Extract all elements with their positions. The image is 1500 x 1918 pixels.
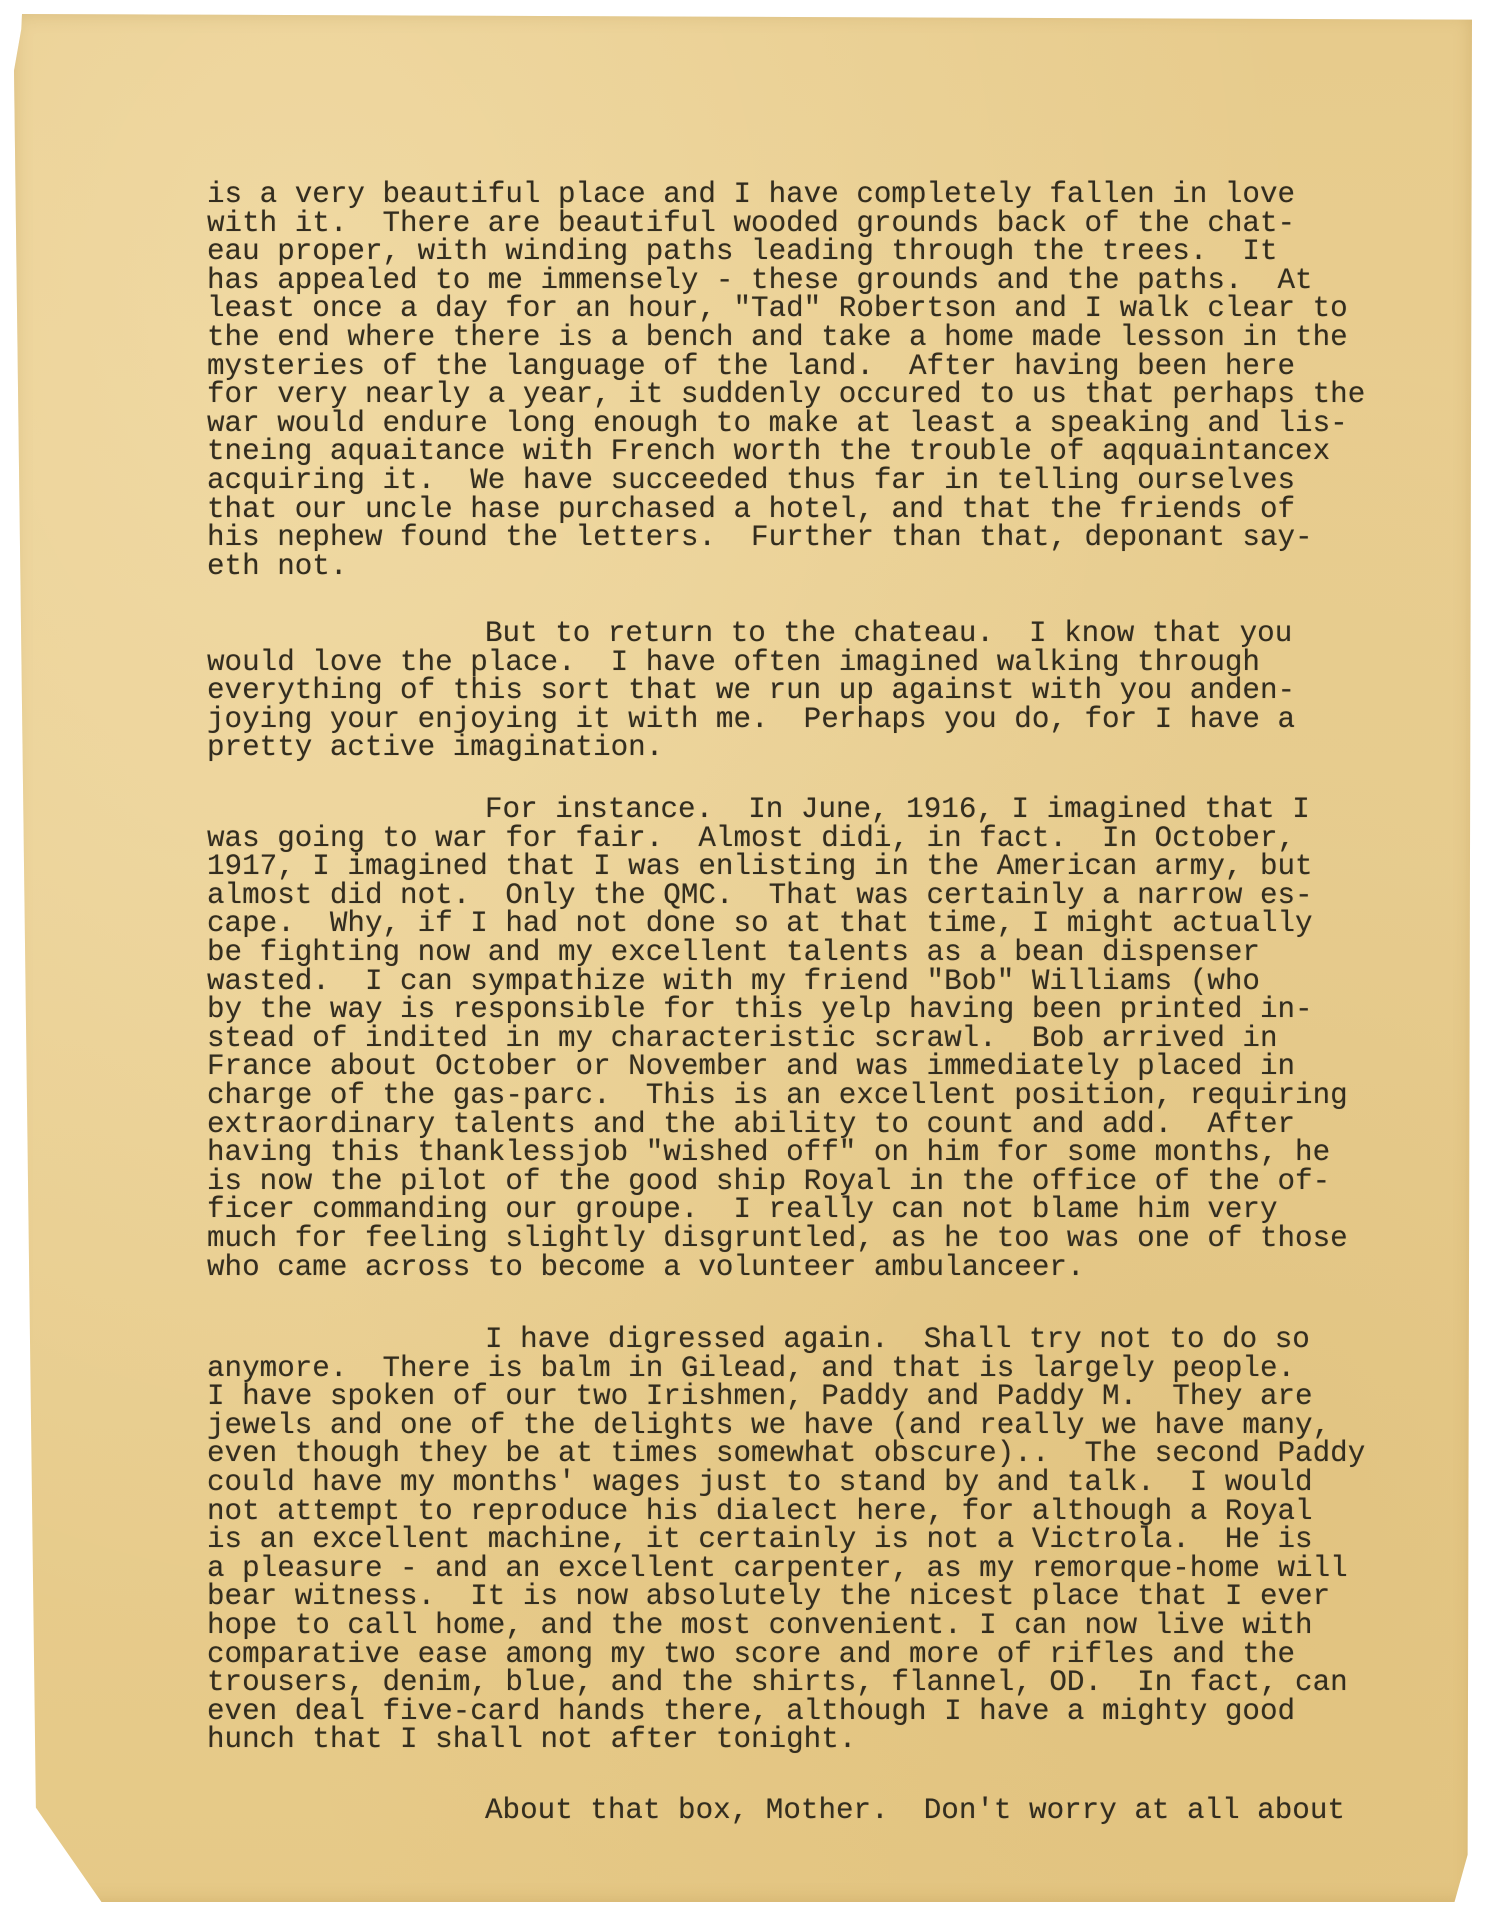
text-line: not attempt to reproduce his dialect her… xyxy=(207,1497,1313,1527)
text-line: his nephew found the letters. Further th… xyxy=(207,523,1313,553)
text-line: anymore. There is balm in Gilead, and th… xyxy=(207,1354,1295,1384)
text-line: pretty active imagination. xyxy=(207,733,663,763)
text-line: even though they be at times somewhat ob… xyxy=(207,1439,1365,1469)
text-line: least once a day for an hour, "Tad" Robe… xyxy=(207,294,1348,324)
text-line: eth not. xyxy=(207,552,347,582)
text-line: everything of this sort that we run up a… xyxy=(207,676,1295,706)
text-line: could have my months' wages just to stan… xyxy=(207,1468,1313,1498)
text-line: bear witness. It is now absolutely the n… xyxy=(207,1582,1330,1612)
text-line: jewels and one of the delights we have (… xyxy=(207,1411,1330,1441)
text-line: would love the place. I have often imagi… xyxy=(207,648,1260,678)
text-line: having this thanklessjob "wished off" on… xyxy=(207,1138,1330,1168)
text-line: But to return to the chateau. I know tha… xyxy=(485,619,1292,649)
text-line: a pleasure - and an excellent carpenter,… xyxy=(207,1554,1348,1584)
text-line: eau proper, with winding paths leading t… xyxy=(207,237,1278,267)
text-line: I have spoken of our two Irishmen, Paddy… xyxy=(207,1382,1313,1412)
text-line: be fighting now and my excellent talents… xyxy=(207,938,1260,968)
text-line: I have digressed again. Shall try not to… xyxy=(485,1325,1310,1355)
text-line: wasted. I can sympathize with my friend … xyxy=(207,967,1260,997)
text-line: mysteries of the language of the land. A… xyxy=(207,352,1295,382)
text-line: for very nearly a year, it suddenly occu… xyxy=(207,380,1365,410)
text-line: 1917, I imagined that I was enlisting in… xyxy=(207,852,1313,882)
text-line: who came across to become a volunteer am… xyxy=(207,1253,1084,1283)
text-line: with it. There are beautiful wooded grou… xyxy=(207,209,1295,239)
text-line: almost did not. Only the QMC. That was c… xyxy=(207,881,1313,911)
text-line: acquiring it. We have succeeded thus far… xyxy=(207,466,1295,496)
text-line: For instance. In June, 1916, I imagined … xyxy=(485,795,1310,825)
text-line: was going to war for fair. Almost didi, … xyxy=(207,824,1295,854)
text-line: hope to call home, and the most convenie… xyxy=(207,1611,1313,1641)
text-line: trousers, denim, blue, and the shirts, f… xyxy=(207,1668,1348,1698)
text-line: has appealed to me immensely - these gro… xyxy=(207,266,1313,296)
text-line: is an excellent machine, it certainly is… xyxy=(207,1525,1313,1555)
text-line: cape. Why, if I had not done so at that … xyxy=(207,909,1313,939)
text-line: ficer commanding our groupe. I really ca… xyxy=(207,1195,1278,1225)
text-line: charge of the gas-parc. This is an excel… xyxy=(207,1081,1348,1111)
text-line: France about October or November and was… xyxy=(207,1052,1295,1082)
text-line: joying your enjoying it with me. Perhaps… xyxy=(207,705,1295,735)
text-line: tneing aquaitance with French worth the … xyxy=(207,437,1330,467)
text-line: is now the pilot of the good ship Royal … xyxy=(207,1167,1330,1197)
text-line: stead of indited in my characteristic sc… xyxy=(207,1024,1278,1054)
text-line: even deal five-card hands there, althoug… xyxy=(207,1697,1295,1727)
text-line: comparative ease among my two score and … xyxy=(207,1640,1295,1670)
text-line: that our uncle hase purchased a hotel, a… xyxy=(207,495,1295,525)
text-line: About that box, Mother. Don't worry at a… xyxy=(485,1796,1345,1826)
text-line: the end where there is a bench and take … xyxy=(207,323,1348,353)
text-line: war would endure long enough to make at … xyxy=(207,409,1348,439)
text-line: extraordinary talents and the ability to… xyxy=(207,1110,1295,1140)
text-line: is a very beautiful place and I have com… xyxy=(207,180,1295,210)
text-line: by the way is responsible for this yelp … xyxy=(207,995,1313,1025)
text-line: hunch that I shall not after tonight. xyxy=(207,1725,856,1755)
text-line: much for feeling slightly disgruntled, a… xyxy=(207,1224,1348,1254)
